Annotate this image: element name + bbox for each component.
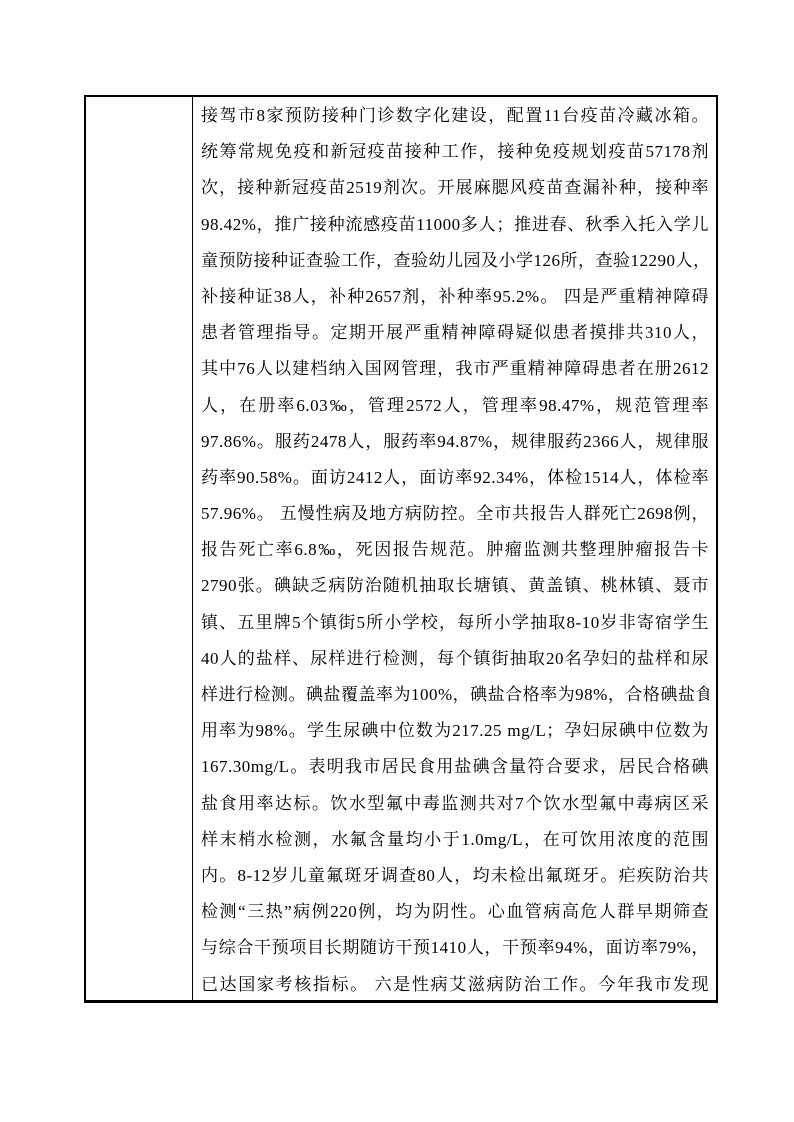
text-line: 40人的盐样、尿样进行检测，每个镇街抽取20名孕妇的盐样和尿 [201, 641, 709, 677]
text-line: 已达国家考核指标。 六是性病艾滋病防治工作。今年我市发现 [201, 967, 709, 1001]
text-line: 盐食用率达标。饮水型氟中毒监测共对7个饮水型氟中毒病区采 [201, 786, 709, 822]
text-line: 患者管理指导。定期开展严重精神障碍疑似患者摸排共310人， [201, 315, 709, 351]
text-line: 统筹常规免疫和新冠疫苗接种工作，接种免疫规划疫苗57178剂 [201, 134, 709, 170]
text-line: 次，接种新冠疫苗2519剂次。开展麻腮风疫苗查漏补种，接种率 [201, 170, 709, 206]
text-line: 镇、五里牌5个镇街5所小学校，每所小学抽取8-10岁非寄宿学生 [201, 605, 709, 641]
text-line: 人，在册率6.03‰，管理2572人，管理率98.47%，规范管理率 [201, 388, 709, 424]
text-line: 接驾市8家预防接种门诊数字化建设，配置11台疫苗冷藏冰箱。 [201, 98, 709, 134]
table-left-cell [86, 97, 193, 1000]
document-page: 接驾市8家预防接种门诊数字化建设，配置11台疫苗冷藏冰箱。统筹常规免疫和新冠疫苗… [0, 0, 794, 1122]
text-line: 97.86%。服药2478人，服药率94.87%，规律服药2366人，规律服 [201, 424, 709, 460]
text-line: 报告死亡率6.8‰，死因报告规范。肿瘤监测共整理肿瘤报告卡 [201, 532, 709, 568]
text-line: 样进行检测。碘盐覆盖率为100%，碘盐合格率为98%，合格碘盐食 [201, 677, 709, 713]
text-line: 与综合干预项目长期随访干预1410人，干预率94%，面访率79%， [201, 930, 709, 966]
report-table: 接驾市8家预防接种门诊数字化建设，配置11台疫苗冷藏冰箱。统筹常规免疫和新冠疫苗… [84, 95, 718, 1003]
text-line: 补接种证38人，补种2657剂，补种率95.2%。 四是严重精神障碍 [201, 279, 709, 315]
text-line: 2790张。碘缺乏病防治随机抽取长塘镇、黄盖镇、桃林镇、聂市 [201, 568, 709, 604]
text-line: 检测“三热”病例220例，均为阴性。心血管病高危人群早期筛查 [201, 894, 709, 930]
text-line: 内。8-12岁儿童氟斑牙调查80人，均未检出氟斑牙。疟疾防治共 [201, 858, 709, 894]
text-line: 药率90.58%。面访2412人，面访率92.34%，体检1514人，体检率 [201, 460, 709, 496]
text-line: 童预防接种证查验工作，查验幼儿园及小学126所，查验12290人， [201, 243, 709, 279]
text-line: 57.96%。 五慢性病及地方病防控。全市共报告人群死亡2698例， [201, 496, 709, 532]
table-content-cell: 接驾市8家预防接种门诊数字化建设，配置11台疫苗冷藏冰箱。统筹常规免疫和新冠疫苗… [193, 97, 716, 1000]
text-line: 用率为98%。学生尿碘中位数为217.25 mg/L；孕妇尿碘中位数为 [201, 713, 709, 749]
text-line: 样末梢水检测，水氟含量均小于1.0mg/L，在可饮用浓度的范围 [201, 822, 709, 858]
text-line: 其中76人以建档纳入国网管理，我市严重精神障碍患者在册2612 [201, 351, 709, 387]
text-line: 98.42%，推广接种流感疫苗11000多人；推进春、秋季入托入学儿 [201, 207, 709, 243]
text-line: 167.30mg/L。表明我市居民食用盐碘含量符合要求，居民合格碘 [201, 749, 709, 785]
